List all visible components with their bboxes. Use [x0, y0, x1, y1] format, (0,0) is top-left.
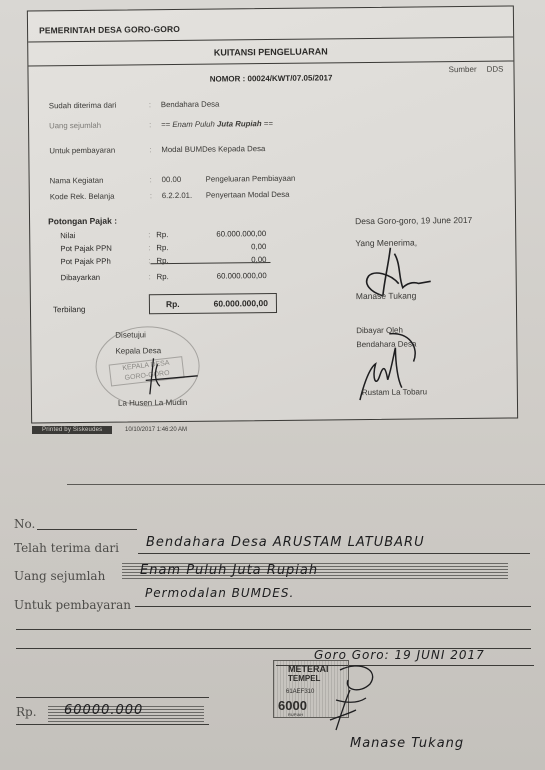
- account-code: 6.2.2.01.: [162, 191, 206, 200]
- field-account-code: Kode Rek. Belanja : 6.2.2.01. Penyertaan…: [50, 190, 290, 202]
- purpose-label: Untuk pembayaran: [14, 598, 131, 612]
- field-activity: Nama Kegiatan : 00.00 Pengeluaran Pembia…: [50, 174, 296, 186]
- approver-title: Disetujui: [115, 330, 146, 339]
- line: [135, 606, 531, 607]
- received-from-value: Bendahara Desa ARUSTAM LATUBARU: [146, 535, 425, 550]
- tax-title: Potongan Pajak :: [48, 216, 117, 227]
- tax-row: Pot Pajak PPN: Rp.0,00: [60, 242, 266, 253]
- handwritten-signatory: Manase Tukang: [350, 736, 464, 751]
- approver-name: La Husen La Mudin: [118, 398, 187, 408]
- field-value: Penyertaan Modal Desa: [206, 190, 290, 200]
- place-date: Desa Goro-goro, 19 June 2017: [355, 215, 472, 226]
- terbilang-amount-box: Rp.60.000.000,00: [149, 293, 277, 314]
- divider: [67, 484, 545, 485]
- field-value: == Enam Puluh Juta Rupiah ==: [161, 119, 273, 129]
- approver-role: Kepala Desa: [115, 346, 161, 355]
- payer-name: Rustam La Tobaru: [362, 387, 427, 397]
- line: [16, 629, 531, 630]
- field-received-from: Sudah diterima dari : Bendahara Desa: [49, 100, 220, 111]
- field-amount-words: Uang sejumlah : == Enam Puluh Juta Rupia…: [49, 119, 273, 130]
- field-label: Nama Kegiatan: [50, 175, 150, 185]
- source-value: DDS: [487, 65, 504, 74]
- source-label: Sumber: [449, 65, 477, 74]
- printed-receipt: PEMERINTAH DESA GORO-GORO KUITANSI PENGE…: [27, 5, 518, 423]
- field-purpose: Untuk pembayaran : Modal BUMDes Kepada D…: [49, 144, 265, 155]
- line: [138, 553, 530, 554]
- field-value: Pengeluaran Pembiayaan: [206, 174, 296, 184]
- organization-name: PEMERINTAH DESA GORO-GORO: [39, 24, 180, 35]
- receipt-title: KUITANSI PENGELUARAN: [28, 44, 513, 59]
- print-tag: Printed by Siskeudes: [32, 426, 112, 434]
- no-label: No.: [14, 517, 35, 531]
- amount-words-label: Uang sejumlah: [14, 569, 105, 583]
- print-timestamp: 10/10/2017 1:46:20 AM: [125, 427, 187, 433]
- field-label: Sudah diterima dari: [49, 100, 149, 110]
- line: [16, 697, 209, 698]
- receipt-number: NOMOR : 00024/KWT/07.05/2017: [29, 71, 514, 85]
- field-label: Untuk pembayaran: [49, 145, 149, 155]
- purpose-value: Permodalan BUMDES.: [145, 586, 294, 600]
- tax-row: Pot Pajak PPh: Rp.0,00: [60, 255, 266, 266]
- receiver-name: Manase Tukang: [356, 290, 417, 301]
- field-label: Uang sejumlah: [49, 120, 149, 130]
- divider: [28, 60, 513, 66]
- tax-row-total: Dibayarkan: Rp.60.000.000,00: [61, 271, 267, 282]
- line: [16, 724, 209, 725]
- field-value: Modal BUMDes Kepada Desa: [161, 144, 265, 154]
- amount-words-value: Enam Puluh Juta Rupiah: [140, 563, 318, 578]
- terbilang-label: Terbilang: [53, 305, 86, 314]
- approver-signature-icon: [139, 356, 199, 397]
- field-value: Bendahara Desa: [161, 100, 220, 110]
- received-from-label: Telah terima dari: [14, 541, 119, 555]
- divider: [28, 36, 513, 42]
- signature-over-stamp-icon: [300, 660, 400, 740]
- amount-value: 60000.000: [64, 703, 143, 718]
- field-label: Kode Rek. Belanja: [50, 191, 150, 201]
- no-line: [37, 529, 137, 530]
- activity-code: 00.00: [162, 175, 206, 184]
- tax-row: Nilai: Rp.60.000.000,00: [60, 229, 266, 240]
- funding-source: SumberDDS: [449, 65, 504, 75]
- amount-label: Rp.: [16, 705, 37, 719]
